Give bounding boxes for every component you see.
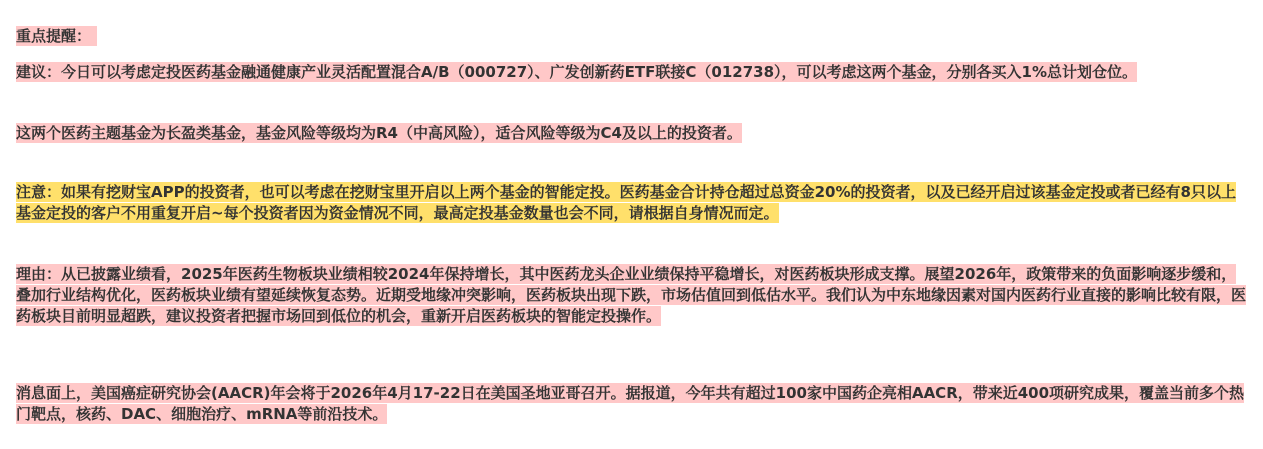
reason-paragraph: 理由：从已披露业绩看，2025年医药生物板块业绩相较2024年保持增长，其中医药… (16, 264, 1248, 327)
risk-level-text: 这两个医药主题基金为长盈类基金，基金风险等级均为R4（中高风险），适合风险等级为… (16, 123, 742, 143)
news-paragraph: 消息面上，美国癌症研究协会(AACR)年会将于2026年4月17-22日在美国圣… (16, 383, 1248, 425)
reason-text: 理由：从已披露业绩看，2025年医药生物板块业绩相较2024年保持增长，其中医药… (16, 264, 1246, 326)
risk-level-paragraph: 这两个医药主题基金为长盈类基金，基金风险等级均为R4（中高风险），适合风险等级为… (16, 123, 1248, 144)
reminder-heading: 重点提醒： (16, 26, 1248, 47)
news-text: 消息面上，美国癌症研究协会(AACR)年会将于2026年4月17-22日在美国圣… (16, 383, 1244, 424)
suggestion-text: 建议：今日可以考虑定投医药基金融通健康产业灵活配置混合A/B（000727）、广… (16, 62, 1137, 82)
reminder-heading-text: 重点提醒： (16, 26, 97, 46)
suggestion-paragraph: 建议：今日可以考虑定投医药基金融通健康产业灵活配置混合A/B（000727）、广… (16, 62, 1248, 83)
notice-paragraph: 注意：如果有挖财宝APP的投资者，也可以考虑在挖财宝里开启以上两个基金的智能定投… (16, 182, 1248, 224)
notice-text: 注意：如果有挖财宝APP的投资者，也可以考虑在挖财宝里开启以上两个基金的智能定投… (16, 182, 1236, 223)
